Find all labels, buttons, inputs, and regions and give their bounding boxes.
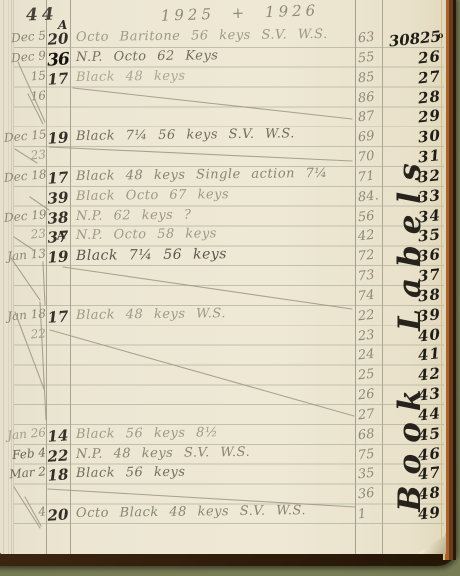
ledger-row: 2337N.P. Octo 58 keys4235 bbox=[0, 228, 446, 248]
entry-qty bbox=[45, 89, 71, 91]
entry-qty: 17 bbox=[44, 168, 71, 188]
entry-pencil-num: 72 bbox=[357, 247, 384, 265]
entry-date: 23 bbox=[3, 226, 46, 244]
entry-date: Dec 9 bbox=[3, 48, 46, 66]
entry-pencil-num: 70 bbox=[357, 148, 384, 166]
entry-qty bbox=[45, 366, 71, 368]
entry-desc: Black 48 keys W.S. bbox=[76, 305, 354, 323]
ledger-row: Dec 1817Black 48 keys Single action 7¼71… bbox=[0, 169, 446, 189]
entry-pencil-num: 86 bbox=[357, 89, 384, 107]
entry-date: Dec 5 bbox=[3, 28, 46, 46]
entry-date: Feb 4 bbox=[3, 445, 46, 463]
entry-qty bbox=[45, 148, 71, 150]
entry-pencil-num: 35 bbox=[357, 465, 384, 483]
entry-qty bbox=[45, 108, 71, 110]
entry-qty bbox=[45, 327, 71, 329]
entry-pencil-num: 1 bbox=[357, 505, 384, 523]
entry-pencil-num: 87 bbox=[357, 108, 384, 126]
entry-qty: 18 bbox=[44, 465, 71, 485]
entry-date: Dec 19 bbox=[3, 207, 46, 225]
entry-pencil-num: 69 bbox=[357, 128, 384, 146]
entry-qty: 14 bbox=[44, 426, 71, 446]
entry-date: Jan 26 bbox=[3, 425, 46, 443]
entry-desc: N.P. 62 keys ? bbox=[76, 206, 354, 224]
entry-pencil-num: 63 bbox=[357, 29, 384, 47]
entry-qty: 36 bbox=[44, 49, 71, 71]
entry-qty: 39 bbox=[44, 188, 71, 208]
entry-desc: Black 56 keys 8½ bbox=[76, 424, 354, 442]
entry-pencil-num: 68 bbox=[357, 426, 384, 444]
entry-desc: N.P. Octo 58 keys bbox=[76, 225, 354, 243]
entry-qty: 20 bbox=[44, 29, 71, 49]
entry-qty bbox=[45, 346, 71, 348]
entry-desc: Black 7¼ 56 keys S.V. W.S. bbox=[76, 126, 354, 144]
ledger-row: 1517Black 48 keys8527 bbox=[0, 70, 446, 90]
year-heading: 1925 + 1926 bbox=[140, 1, 341, 26]
entry-qty: 20 bbox=[44, 505, 71, 525]
ledger-row: 2542 bbox=[0, 367, 446, 387]
entry-qty bbox=[45, 386, 71, 388]
entry-qty: 17 bbox=[44, 69, 71, 89]
ledger-row: 7438 bbox=[0, 288, 446, 308]
ledger-row: 222340 bbox=[0, 328, 446, 348]
ledger-row: 2441 bbox=[0, 347, 446, 367]
entry-desc: N.P. 48 keys S.V. W.S. bbox=[76, 444, 354, 462]
entry-desc: Black 48 keys Single action 7¼ bbox=[76, 166, 354, 184]
entry-pencil-num: 25 bbox=[357, 366, 384, 384]
entry-pencil-num: 85 bbox=[357, 69, 384, 87]
ledger-row: 420Octo Black 48 keys S.V. W.S.149 bbox=[0, 506, 446, 526]
page-number: 44 bbox=[26, 4, 58, 25]
ledger-row: Jan 1319Black 7¼ 56 keys7236 bbox=[0, 248, 446, 268]
ledger-row: Jan 2614Black 56 keys 8½6845 bbox=[0, 427, 446, 447]
entry-qty: 17 bbox=[44, 307, 71, 327]
entry-date: Mar 2 bbox=[3, 464, 46, 482]
entry-date: 22 bbox=[3, 326, 46, 344]
entry-pencil-num: 73 bbox=[357, 267, 384, 285]
entry-qty bbox=[45, 406, 71, 408]
entry-desc: Black 56 keys bbox=[76, 463, 354, 481]
ledger-row: 2643 bbox=[0, 387, 446, 407]
ledger-row: 2744 bbox=[0, 407, 446, 427]
ledger-row: Mar 218Black 56 keys3547 bbox=[0, 466, 446, 486]
entry-pencil-num: 84. bbox=[357, 188, 384, 206]
ledger-row: Dec 936N.P. Octo 62 Keys5526 bbox=[0, 50, 446, 70]
entry-date: Dec 18 bbox=[3, 167, 46, 185]
entry-pencil-num: 56 bbox=[357, 208, 384, 226]
ledger-row: 7337 bbox=[0, 268, 446, 288]
entry-pencil-num: 24 bbox=[357, 346, 384, 364]
entry-qty: 19 bbox=[44, 247, 71, 267]
entry-desc: Octo Black 48 keys S.V. W.S. bbox=[76, 503, 354, 521]
entry-desc: Black Octo 67 keys bbox=[76, 186, 354, 204]
entry-desc: Octo Baritone 56 keys S.V. W.S. bbox=[76, 27, 354, 45]
entry-date: 16 bbox=[3, 88, 46, 106]
ledger-row: Jan 1817Black 48 keys W.S.2239 bbox=[0, 308, 446, 328]
entry-qty bbox=[45, 267, 71, 269]
entry-qty: 38 bbox=[44, 208, 71, 228]
entry-pencil-num: 22 bbox=[357, 307, 384, 325]
entry-date: Jan 18 bbox=[3, 306, 46, 324]
entry-qty: 37 bbox=[44, 227, 71, 247]
entry-desc: Black 48 keys bbox=[76, 67, 354, 85]
ledger-row: Dec 1519Black 7¼ 56 keys S.V. W.S.6930 bbox=[0, 129, 446, 149]
entry-qty bbox=[45, 485, 71, 487]
entry-pencil-num: 42 bbox=[357, 227, 384, 245]
entry-date: Jan 13 bbox=[3, 246, 46, 264]
ledger-row: 237031 bbox=[0, 149, 446, 169]
entry-pencil-num: 71 bbox=[357, 168, 384, 186]
ledger-row: 3648 bbox=[0, 486, 446, 506]
entry-pencil-num: 23 bbox=[357, 327, 384, 345]
entry-pencil-num: 55 bbox=[357, 49, 384, 67]
entry-desc: N.P. Octo 62 Keys bbox=[76, 47, 354, 65]
entry-pencil-num: 27 bbox=[357, 406, 384, 424]
entry-date: 23 bbox=[3, 147, 46, 165]
entry-pencil-num: 36 bbox=[357, 485, 384, 503]
entry-date: 15 bbox=[3, 68, 46, 86]
vertical-ink-note: Book Labels bbox=[392, 122, 428, 542]
ledger-row: 8729 bbox=[0, 109, 446, 129]
entry-qty bbox=[45, 287, 71, 289]
entry-pencil-num: 26 bbox=[357, 386, 384, 404]
entry-date: Dec 15 bbox=[3, 127, 46, 145]
entry-pencil-num: 74 bbox=[357, 287, 384, 305]
entry-desc: Black 7¼ 56 keys bbox=[76, 245, 354, 264]
entry-date: 4 bbox=[3, 504, 46, 522]
entry-pencil-num: 75 bbox=[357, 446, 384, 464]
entry-qty: 19 bbox=[44, 128, 71, 148]
ledger-page: 44 1925 + 1926 A A o Dec 520Octo Bariton… bbox=[0, 0, 446, 554]
ledger-row: Dec 520Octo Baritone 56 keys S.V. W.S.63… bbox=[0, 30, 446, 50]
entry-qty: 22 bbox=[44, 446, 71, 466]
scanned-ledger-photo: 44 1925 + 1926 A A o Dec 520Octo Bariton… bbox=[0, 0, 460, 576]
ledger-row: 39Black Octo 67 keys84.33 bbox=[0, 189, 446, 209]
ledger-row: 168628 bbox=[0, 90, 446, 110]
